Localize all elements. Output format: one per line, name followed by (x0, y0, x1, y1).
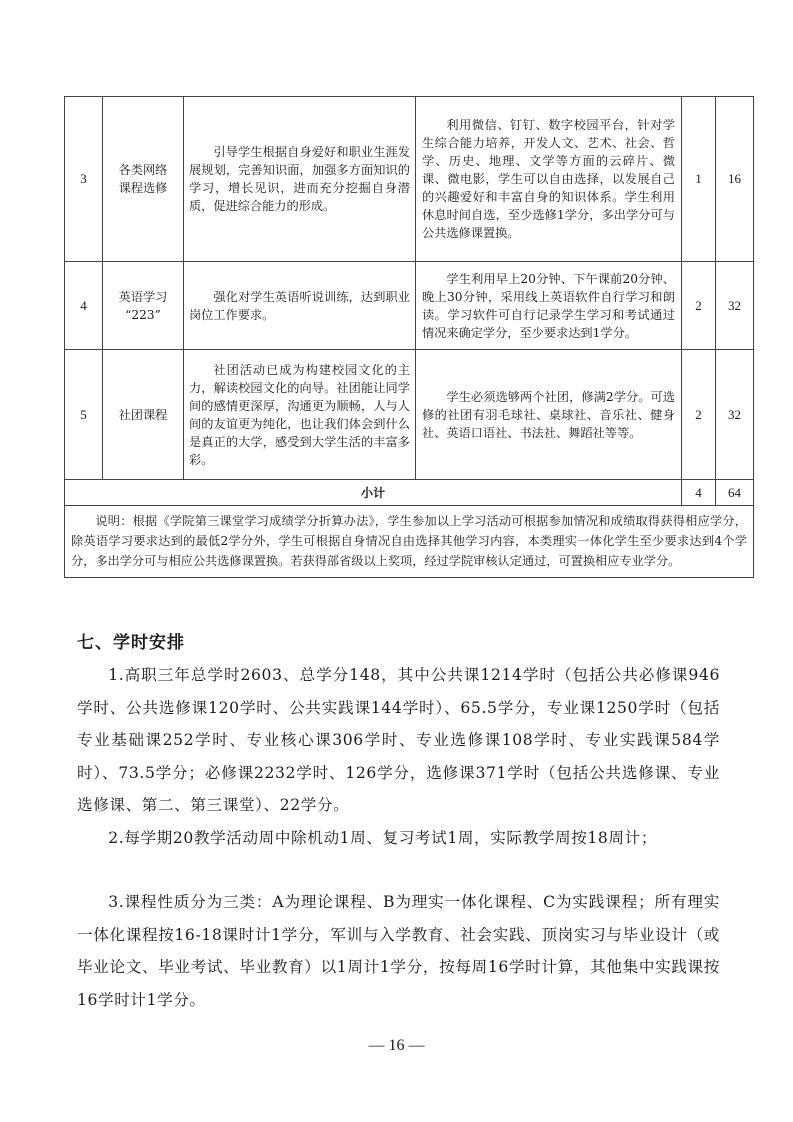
paragraph-text: 3.课程性质分为三类：A为理论课程、B为理实一体化课程、C为实践课程；所有理实一… (77, 893, 720, 1009)
page-number: — 16 — (0, 1037, 793, 1055)
subtotal-row: 小计 4 64 (65, 480, 754, 506)
subtotal-hours: 64 (716, 480, 754, 506)
course-goal: 社团活动已成为构建校园文化的主力，解读校园文化的向导。社团能让同学间的感情更深厚… (184, 350, 416, 480)
table-row: 5 社团课程 社团活动已成为构建校园文化的主力，解读校园文化的向导。社团能让同学… (65, 350, 754, 480)
paragraph-text: 2.每学期20教学活动周中除机动1周、复习考试1周，实际教学周按18周计； (108, 829, 657, 847)
course-name-line: 社团课程 (103, 406, 183, 424)
course-table: 3 各类网络 课程选修 引导学生根据自身爱好和职业生涯发展规划，完善知识面，加强… (64, 96, 754, 578)
course-credits: 2 (682, 350, 716, 480)
course-name-line: 课程选修 (103, 179, 183, 197)
row-index: 5 (65, 350, 103, 480)
course-goal: 引导学生根据自身爱好和职业生涯发展规划，完善知识面，加强多方面知识的学习，增长见… (184, 97, 416, 262)
course-hours: 16 (716, 97, 754, 262)
course-name-line: 英语学习 (103, 288, 183, 306)
paragraph: 2.每学期20教学活动周中除机动1周、复习考试1周，实际教学周按18周计； (77, 822, 720, 855)
subtotal-label: 小计 (65, 480, 682, 506)
course-credits: 1 (682, 97, 716, 262)
course-name-line: “223” (103, 306, 183, 324)
paragraph-text: 1.高职三年总学时2603、总学分148，其中公共课1214学时（包括公共必修课… (77, 666, 720, 814)
course-requirement: 利用微信、钉钉、数字校园平台，针对学生综合能力培养，开发人文、艺术、社会、哲学、… (416, 97, 682, 262)
table-note: 说明：根据《学院第三课堂学习成绩学分折算办法》，学生参加以上学习活动可根据参加情… (65, 506, 754, 578)
course-requirement: 学生必须选够两个社团，修满2学分。可选修的社团有羽毛球社、桌球社、音乐社、健身社… (416, 350, 682, 480)
subtotal-credits: 4 (682, 480, 716, 506)
table-row: 3 各类网络 课程选修 引导学生根据自身爱好和职业生涯发展规划，完善知识面，加强… (65, 97, 754, 262)
course-name: 英语学习 “223” (103, 262, 184, 350)
course-name-line: 各类网络 (103, 161, 183, 179)
course-hours: 32 (716, 262, 754, 350)
course-credits: 2 (682, 262, 716, 350)
table-row: 4 英语学习 “223” 强化对学生英语听说训练，达到职业岗位工作要求。 学生利… (65, 262, 754, 350)
course-name: 社团课程 (103, 350, 184, 480)
section-title: 七、学时安排 (77, 628, 185, 653)
paragraph: 1.高职三年总学时2603、总学分148，其中公共课1214学时（包括公共必修课… (77, 659, 720, 822)
course-name: 各类网络 课程选修 (103, 97, 184, 262)
paragraph: 3.课程性质分为三类：A为理论课程、B为理实一体化课程、C为实践课程；所有理实一… (77, 886, 720, 1016)
course-requirement: 学生利用早上20分钟、下午课前20分钟、晚上30分钟，采用线上英语软件自行学习和… (416, 262, 682, 350)
course-hours: 32 (716, 350, 754, 480)
row-index: 3 (65, 97, 103, 262)
course-goal: 强化对学生英语听说训练，达到职业岗位工作要求。 (184, 262, 416, 350)
row-index: 4 (65, 262, 103, 350)
note-row: 说明：根据《学院第三课堂学习成绩学分折算办法》，学生参加以上学习活动可根据参加情… (65, 506, 754, 578)
